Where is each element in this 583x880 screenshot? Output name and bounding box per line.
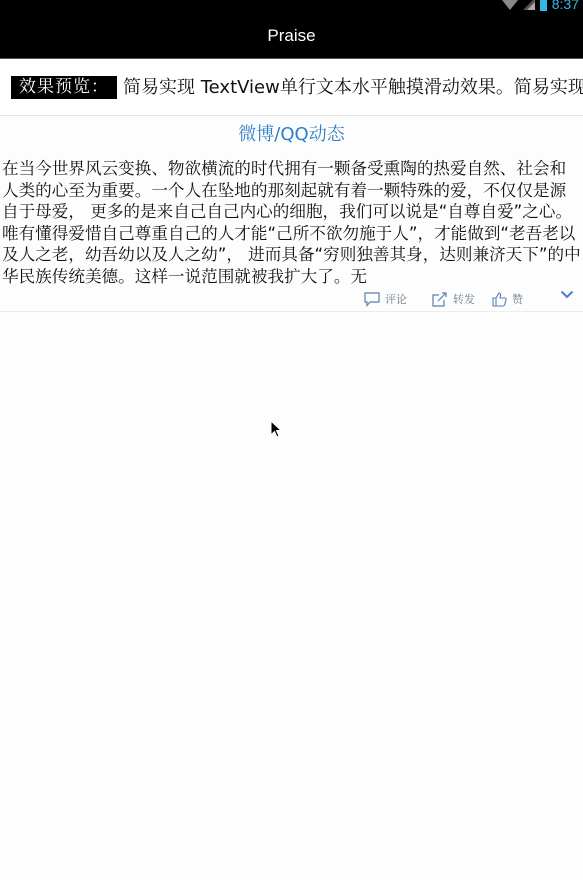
status-bar: 8:37 [0,0,583,13]
action-bar: Praise [0,13,583,59]
repost-icon [432,292,448,307]
mouse-cursor-icon [270,420,284,440]
feed-body-text: 在当今世界风云变换、物欲横流的时代拥有一颗备受熏陶的热爱自然、社会和人类的心至为… [2,158,581,287]
wifi-icon [502,0,518,10]
battery-icon [540,0,547,11]
comment-label: 评论 [385,291,407,307]
like-label: 赞 [512,291,523,307]
signal-icon [523,0,535,10]
comment-button[interactable]: 评论 [364,288,407,310]
preview-label: 效果预览： [11,76,117,99]
page-title: Praise [267,26,315,46]
feed-title: 微博/QQ动态 [0,122,583,148]
chevron-down-icon[interactable] [560,288,574,302]
repost-button[interactable]: 转发 [432,288,475,310]
status-clock: 8:37 [552,0,579,13]
like-button[interactable]: 赞 [492,288,523,310]
divider [0,115,583,116]
status-icons: 8:37 [502,0,579,13]
marquee-text[interactable]: 简易实现 TextView单行文本水平触摸滑动效果。简易实现 TextView单… [123,76,583,99]
divider [0,311,583,312]
feed-action-row: 评论 转发 赞 [0,288,583,310]
comment-icon [364,292,380,307]
marquee-row[interactable]: 效果预览： 简易实现 TextView单行文本水平触摸滑动效果。简易实现 Tex… [0,59,583,115]
thumbs-up-icon [492,292,507,307]
repost-label: 转发 [453,291,475,307]
